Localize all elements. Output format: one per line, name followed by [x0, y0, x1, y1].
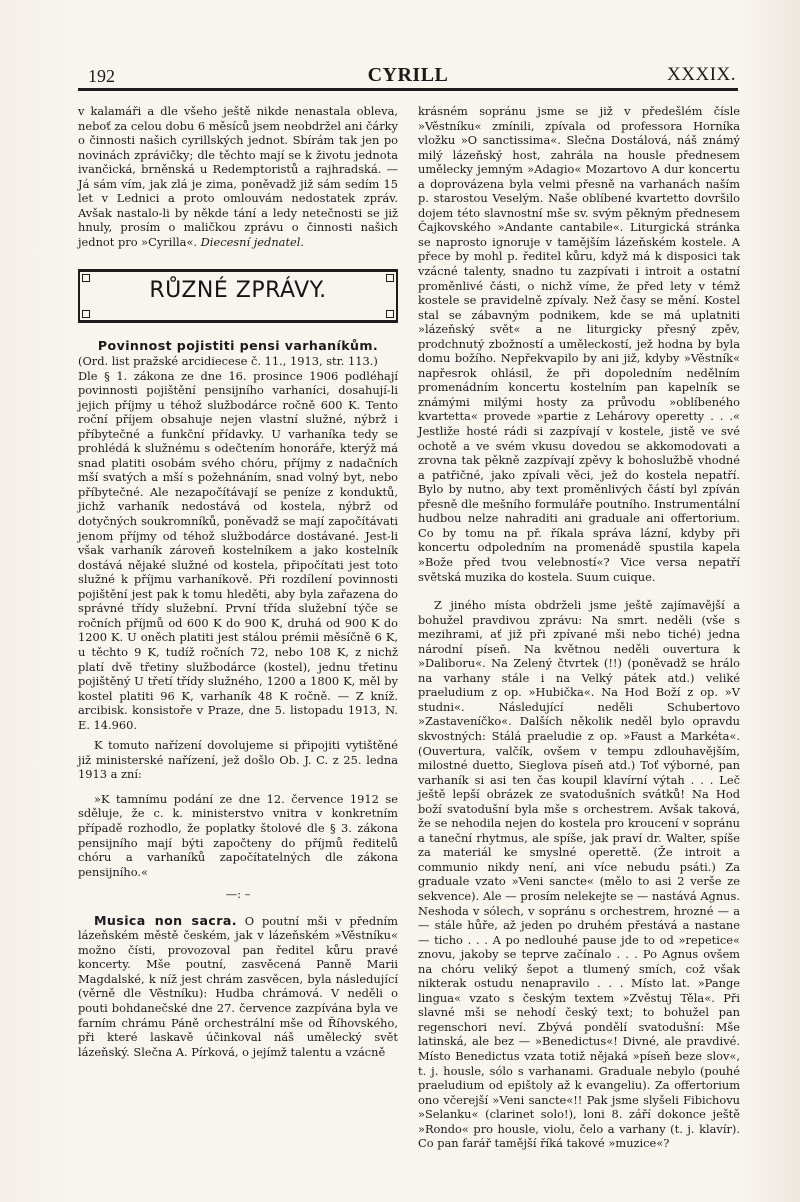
right-paragraph-2: Z jiného místa obdrželi jsme ještě zajím… [418, 598, 740, 1151]
corner-ornament-icon [386, 274, 394, 282]
corner-ornament-icon [386, 310, 394, 318]
running-head: 192 CYRILL XXXIX. [78, 64, 738, 90]
section-heading: RŮZNÉ ZPRÁVY. [80, 284, 396, 299]
opening-paragraph-text: v kalamáři a dle všeho ještě nikde nenas… [78, 104, 398, 249]
article-title: Povinnost pojistiti pensi varhaníkům. [78, 339, 398, 354]
article2-paragraph: Musica non sacra. O poutní mši v předním… [78, 914, 398, 1059]
right-column: krásném sopránu jsme se již v předešlém … [418, 104, 740, 1151]
article2-title: Musica non sacra. [94, 913, 237, 928]
article-title-text: Povinnost pojistiti pensi varhaníkům. [98, 338, 378, 353]
article-followup: K tomuto nařízení dovolujeme si připojit… [78, 738, 398, 782]
opening-signature: Diecesní jednatel. [201, 235, 304, 249]
document-page: 192 CYRILL XXXIX. v kalamáři a dle všeho… [0, 0, 800, 1202]
article-quote: »K tamnímu podání ze dne 12. července 19… [78, 792, 398, 879]
opening-paragraph: v kalamáři a dle všeho ještě nikde nenas… [78, 104, 398, 249]
right-paragraph-1: krásném sopránu jsme se již v předešlém … [418, 104, 740, 584]
paragraph-gap [418, 584, 740, 598]
header-rule [78, 88, 738, 91]
corner-ornament-icon [82, 310, 90, 318]
section-heading-box: RŮZNÉ ZPRÁVY. [78, 269, 398, 323]
corner-ornament-icon [82, 274, 90, 282]
section-separator: —: – [78, 887, 398, 902]
article-body: Dle § 1. zákona ze dne 16. prosince 1906… [78, 369, 398, 733]
article2-body: O poutní mši v předním lázeňském městě č… [78, 914, 398, 1059]
left-column: v kalamáři a dle všeho ještě nikde nenas… [78, 104, 398, 1059]
article-source: (Ord. list pražské arcidiecese č. 11., 1… [78, 354, 398, 369]
volume-number: XXXIX. [667, 64, 736, 86]
journal-title: CYRILL [78, 64, 738, 87]
